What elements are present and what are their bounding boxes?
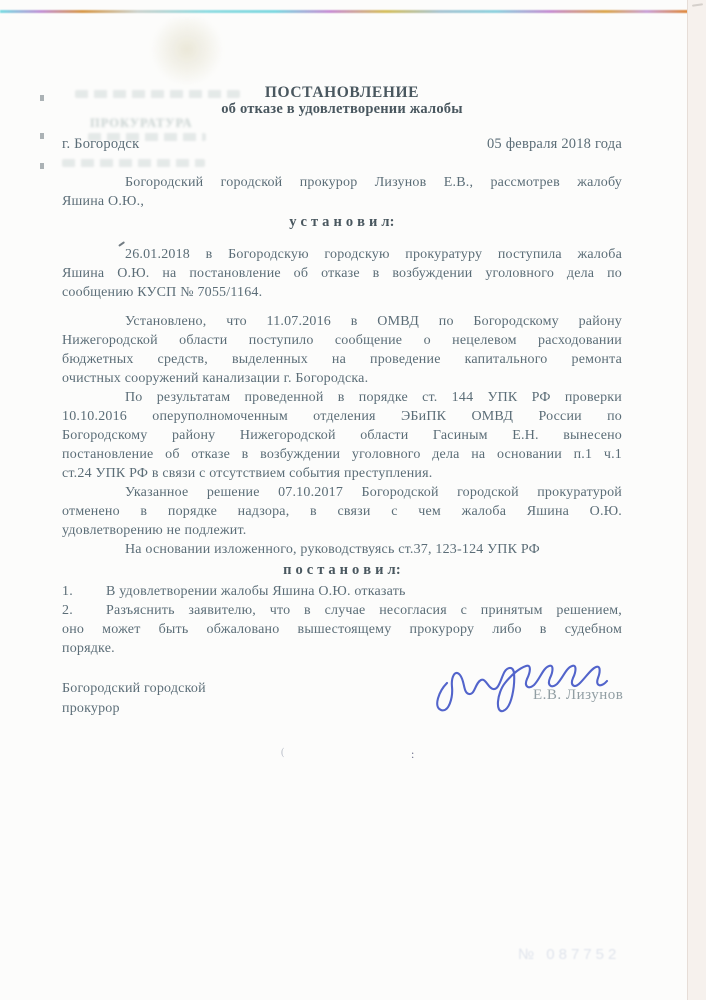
text-line: Богородскому району Нижегородской област… <box>62 426 622 445</box>
text-line: 10.10.2016 оперуполномоченным отделения … <box>62 407 622 426</box>
text-line: 26.01.2018 в Богородскую городскую проку… <box>62 245 622 264</box>
scan-speck <box>40 163 44 169</box>
scanned-document-page: ПРОКУРАТУРА № 087752 : ( ПОСТАНОВЛЕНИЕ о… <box>0 0 706 1000</box>
meta-date: 05 февраля 2018 года <box>487 135 622 154</box>
paragraph: Богородский городской прокурор Лизунов Е… <box>62 173 622 211</box>
paragraph: На основании изложенного, руководствуясь… <box>62 540 622 559</box>
paragraph: По результатам проведенной в порядке ст.… <box>62 388 622 483</box>
text-line: По результатам проведенной в порядке ст.… <box>62 388 622 407</box>
text-line: очистных сооружений канализации г. Богор… <box>62 369 622 388</box>
text-line: оно может быть обжаловано вышестоящему п… <box>62 620 622 639</box>
text-line: Яшина О.Ю. на постановление об отказе в … <box>62 264 622 283</box>
document-body: Богородский городской прокурор Лизунов Е… <box>62 173 622 658</box>
section-heading: п о с т а н о в и л: <box>62 561 622 580</box>
scan-speck <box>40 133 44 139</box>
meta-place: г. Богородск <box>62 135 139 154</box>
text-line: сообщению КУСП № 7055/1164. <box>62 283 622 302</box>
scan-speck <box>40 95 44 101</box>
text-line: бюджетных средств, выделенных на проведе… <box>62 350 622 369</box>
list-number: 2. <box>62 601 106 620</box>
text-line: Указанное решение 07.10.2017 Богородской… <box>62 483 622 502</box>
text-line: ст.24 УПК РФ в связи с отсутствием событ… <box>62 464 622 483</box>
text-line: удовлетворению не подлежит. <box>62 521 622 540</box>
text-line: Богородский городской прокурор Лизунов Е… <box>62 173 622 192</box>
text-line: Нижегородской области поступило сообщени… <box>62 331 622 350</box>
signature-ink <box>433 645 611 721</box>
paragraph: Установлено, что 11.07.2016 в ОМВД по Бо… <box>62 312 622 388</box>
text-line: На основании изложенного, руководствуясь… <box>62 540 622 559</box>
text-line: Яшина О.Ю., <box>62 192 622 211</box>
scanner-edge-strip <box>687 0 706 1000</box>
document-content: ПОСТАНОВЛЕНИЕ об отказе в удовлетворении… <box>62 0 622 718</box>
meta-row: г. Богородск 05 февраля 2018 года <box>62 135 622 154</box>
list-number: 1. <box>62 582 106 601</box>
numbered-list: 1.В удовлетворении жалобы Яшина О.Ю. отк… <box>62 582 622 601</box>
document-title: ПОСТАНОВЛЕНИЕ <box>62 84 622 101</box>
text-line: 1.В удовлетворении жалобы Яшина О.Ю. отк… <box>62 582 622 601</box>
ghost-form-number: № 087752 <box>518 946 620 963</box>
text-line: Установлено, что 11.07.2016 в ОМВД по Бо… <box>62 312 622 331</box>
text-line: 2.Разъяснить заявителю, что в случае нес… <box>62 601 622 620</box>
signature-name: Е.В. Лизунов <box>533 687 623 704</box>
text-line: отменено в порядке надзора, в связи с че… <box>62 502 622 521</box>
document-subtitle: об отказе в удовлетворении жалобы <box>62 101 622 117</box>
paragraph: Указанное решение 07.10.2017 Богородской… <box>62 483 622 540</box>
scan-speck: ( <box>281 748 284 758</box>
paragraph: 26.01.2018 в Богородскую городскую проку… <box>62 245 622 302</box>
section-heading: у с т а н о в и л: <box>62 213 622 232</box>
scan-speck: : <box>411 748 414 760</box>
text-line: постановление об отказе в возбуждении уг… <box>62 445 622 464</box>
